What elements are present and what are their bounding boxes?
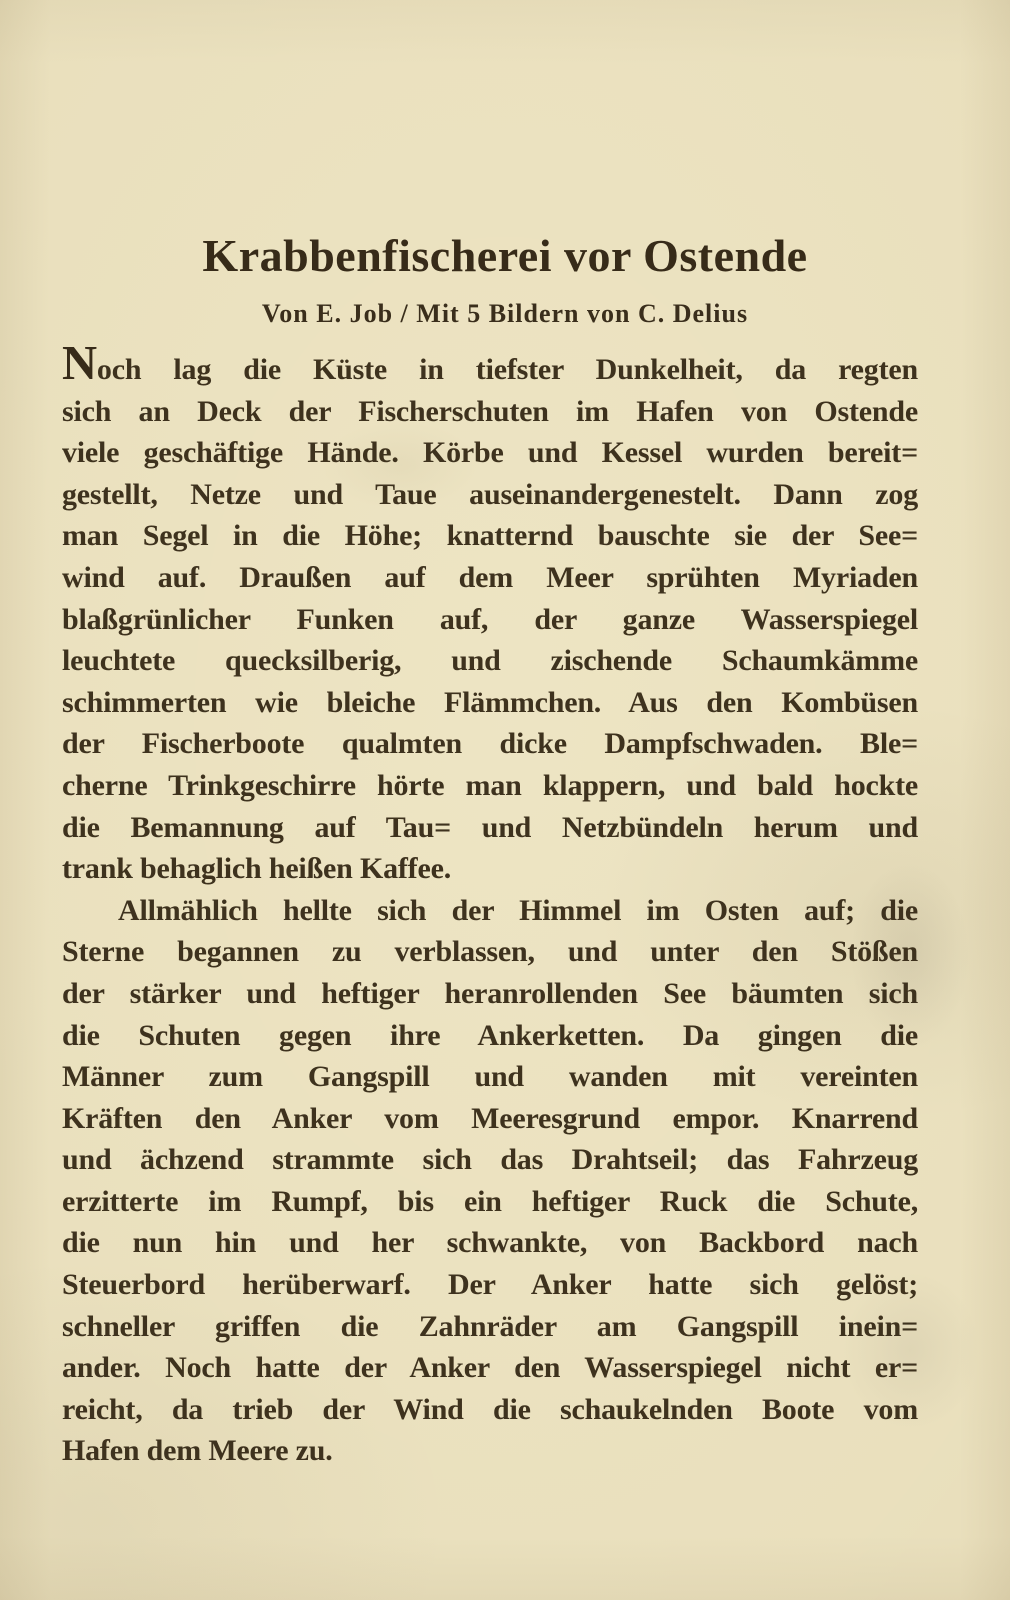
text-line: Kräften den Anker vom Meeresgrund empor.… [62,1098,918,1140]
text-line: Hafen dem Meere zu. [62,1430,918,1472]
text-line: wind auf. Draußen auf dem Meer sprühten … [62,557,918,599]
text-line: Allmählich hellte sich der Himmel im Ost… [62,890,918,932]
text-line: der Fischerboote qualmten dicke Dampfsch… [62,723,918,765]
text-line: die nun hin und her schwankte, von Backb… [62,1222,918,1264]
text-line: und ächzend strammte sich das Drahtseil;… [62,1139,918,1181]
text-line: sich an Deck der Fischerschuten im Hafen… [62,391,918,433]
article-body: Noch lag die Küste in tiefster Dunkelhei… [62,349,918,1472]
text-line: schimmerten wie bleiche Flämmchen. Aus d… [62,682,918,724]
text-line: trank behaglich heißen Kaffee. [62,848,918,890]
text-line: blaßgrünlicher Funken auf, der ganze Was… [62,599,918,641]
text-line: man Segel in die Höhe; knatternd bauscht… [62,515,918,557]
text-line: die Bemannung auf Tau= und Netzbündeln h… [62,807,918,849]
paragraph: Noch lag die Küste in tiefster Dunkelhei… [62,349,918,890]
text-line: leuchtete quecksilberig, und zischende S… [62,640,918,682]
text-line: ander. Noch hatte der Anker den Wassersp… [62,1347,918,1389]
page-title: Krabbenfischerei vor Ostende [0,220,1010,292]
text-line: viele geschäftige Hände. Körbe und Kesse… [62,432,918,474]
text-line: erzitterte im Rumpf, bis ein heftiger Ru… [62,1181,918,1223]
book-page: Krabbenfischerei vor Ostende Von E. Job … [0,0,1010,1600]
text-line: gestellt, Netze und Taue auseinandergene… [62,474,918,516]
byline: Von E. Job / Mit 5 Bildern von C. Delius [0,294,1010,334]
text-line: Männer zum Gangspill und wanden mit vere… [62,1056,918,1098]
text-line: Steuerbord herüberwarf. Der Anker hatte … [62,1264,918,1306]
text-line: reicht, da trieb der Wind die schaukelnd… [62,1389,918,1431]
text-line: der stärker und heftiger heranrollenden … [62,973,918,1015]
text-line: Noch lag die Küste in tiefster Dunkelhei… [62,349,918,391]
paragraph: Allmählich hellte sich der Himmel im Ost… [62,890,918,1472]
text-line: die Schuten gegen ihre Ankerketten. Da g… [62,1015,918,1057]
text-line: schneller griffen die Zahnräder am Gangs… [62,1306,918,1348]
text-line: cherne Trinkgeschirre hörte man klappern… [62,765,918,807]
text-line: Sterne begannen zu verblassen, und unter… [62,931,918,973]
